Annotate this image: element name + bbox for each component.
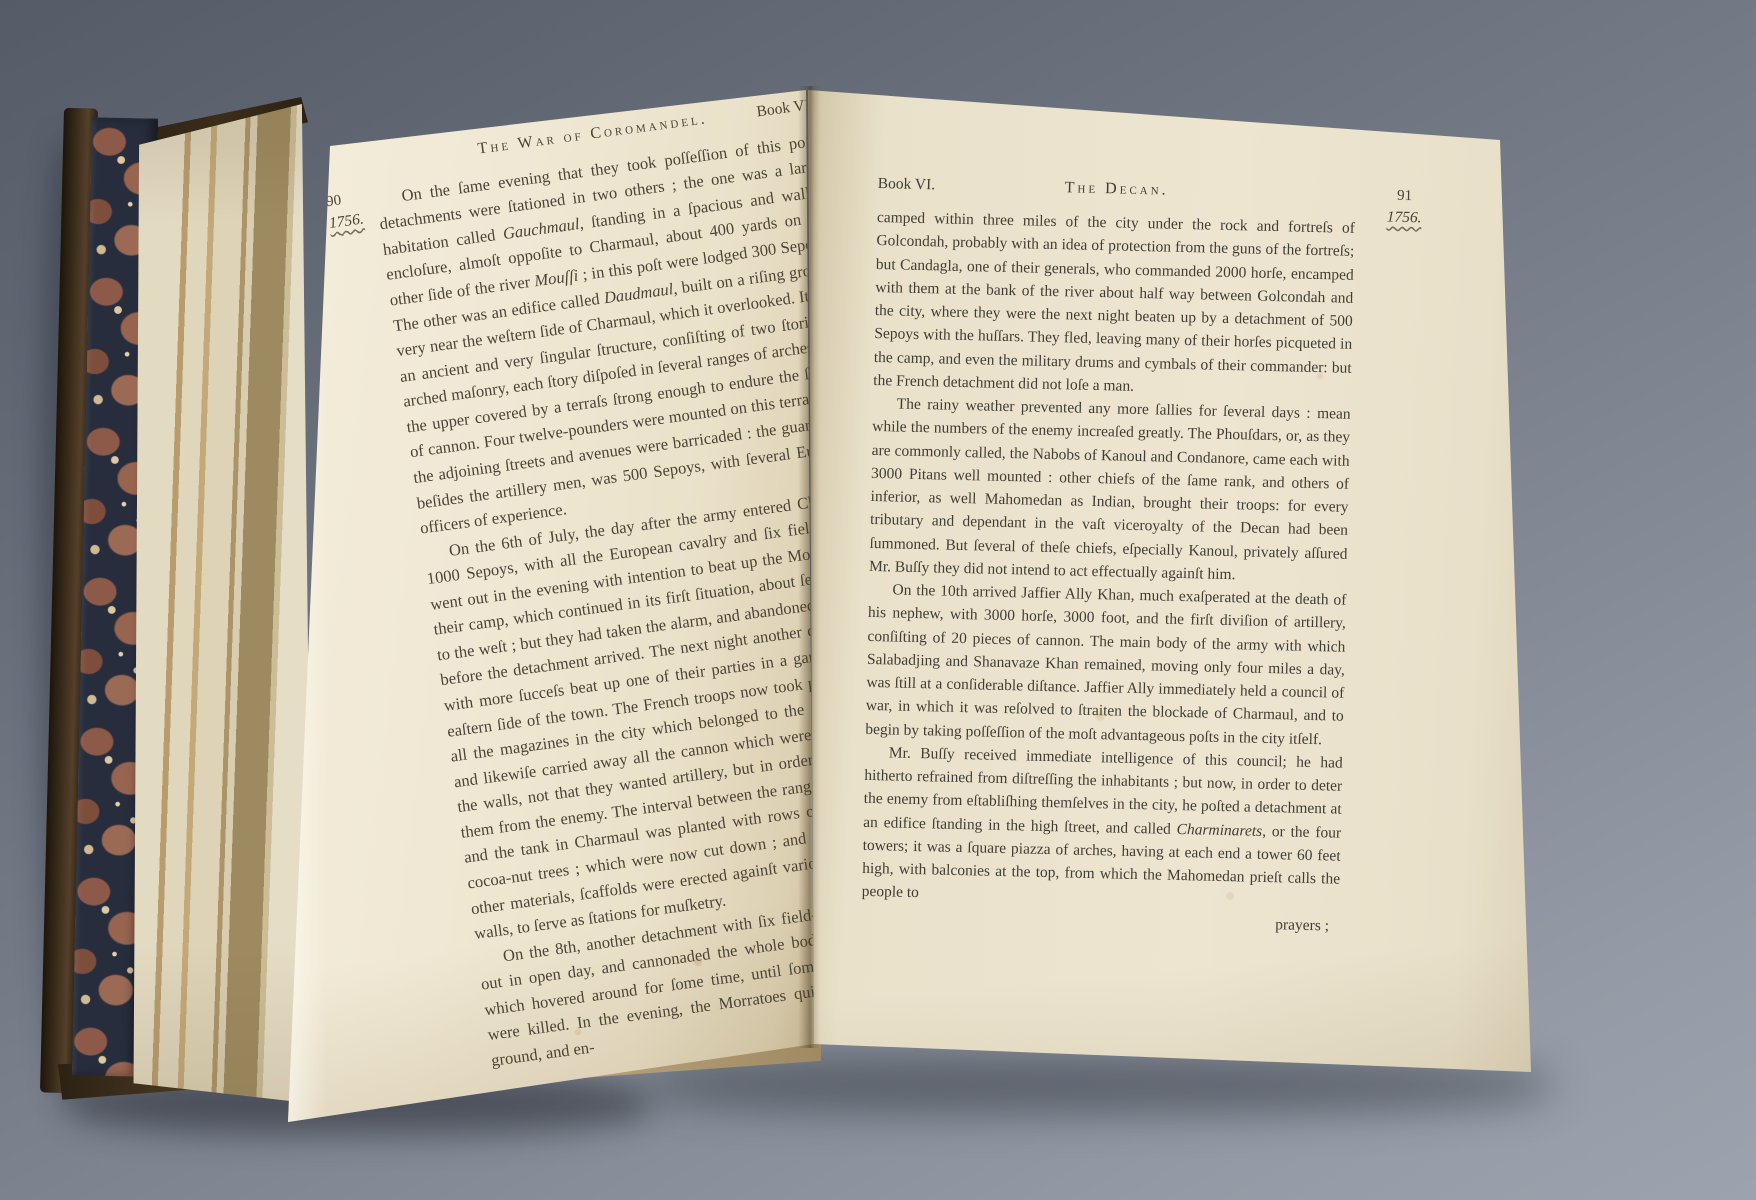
flyleaf-page-edges (128, 104, 313, 1124)
paragraph: On the ſame evening that they took poſſe… (375, 128, 864, 542)
photo-of-open-book: The War of Coromandel. Book VI. 90 1756.… (0, 0, 1756, 1200)
right-page: Book VI. The Decan. 91 1756. camped with… (800, 76, 1545, 1086)
left-page: The War of Coromandel. Book VI. 90 1756.… (278, 82, 823, 1147)
gutter-crease-shadow (798, 86, 820, 1048)
paragraph: Mr. Buſſy received immediate intelligenc… (861, 741, 1343, 915)
left-page-number: 90 (325, 186, 373, 213)
right-margin-note: 91 1756. (1367, 185, 1442, 229)
left-page-header: The War of Coromandel. Book VI. (370, 93, 815, 177)
right-page-header: Book VI. The Decan. (877, 172, 1355, 207)
right-running-title: The Decan. (877, 172, 1355, 207)
left-year-note: 1756. (328, 207, 376, 235)
paragraph: On the 10th arrived Jaffier Ally Khan, m… (865, 578, 1347, 752)
right-year-note: 1756. (1367, 206, 1441, 229)
paragraph: camped within three miles of the city un… (873, 206, 1355, 403)
left-running-title: The War of Coromandel. (370, 93, 815, 177)
left-margin-note: 90 1756. (325, 186, 376, 234)
right-page-text: Book VI. The Decan. 91 1756. camped with… (861, 172, 1356, 937)
right-book-label: Book VI. (877, 172, 935, 197)
right-catchword: prayers ; (861, 903, 1339, 937)
right-page-number: 91 (1367, 185, 1441, 208)
paragraph: The rainy weather prevented any more ſal… (869, 392, 1351, 589)
